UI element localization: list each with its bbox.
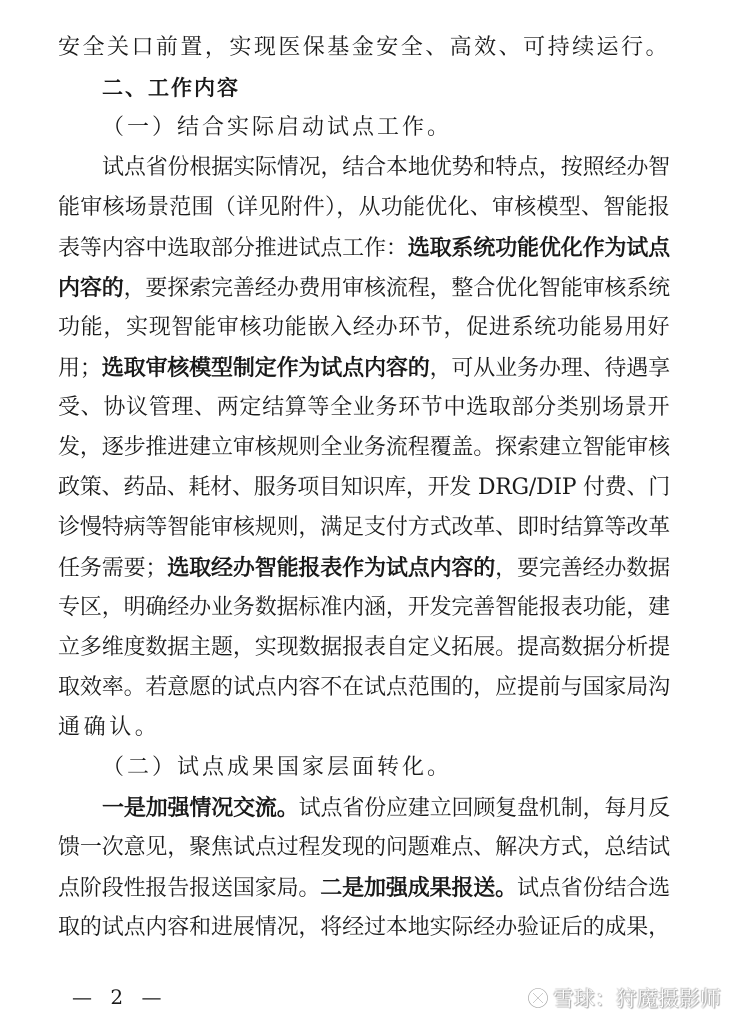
- text-segment: 受、协议管理、两定结算等全业务环节中选取部分类别场景开: [58, 395, 670, 420]
- text-segment: ，要探索完善经办费用审核流程，整合优化智能审核系统: [124, 276, 670, 301]
- text-line: 专区，明确经办业务数据标准内涵，开发完善智能报表功能，建: [58, 588, 670, 628]
- text-segment: 试点省份根据实际情况，结合本地优势和特点，按照经办智: [102, 155, 670, 180]
- text-segment: 表等内容中选取部分推进试点工作：: [58, 236, 408, 261]
- text-segment: 取的试点内容和进展情况，将经过本地实际经办验证后的成果，: [58, 915, 670, 940]
- text-segment: （二）试点成果国家层面转化。: [102, 755, 452, 780]
- text-line: 安全关口前置，实现医保基金安全、高效、可持续运行。: [58, 28, 670, 68]
- text-line: 诊慢特病等智能审核规则，满足支付方式改革、即时结算等改革: [58, 508, 670, 548]
- document-page: 安全关口前置，实现医保基金安全、高效、可持续运行。二、工作内容（一）结合实际启动…: [58, 28, 670, 948]
- text-line: 政策、药品、耗材、服务项目知识库，开发 DRG/DIP 付费、门: [58, 468, 670, 508]
- page-number: — 2 —: [72, 985, 167, 1009]
- watermark: 雪球：狩魔摄影师: [527, 983, 721, 1013]
- text-segment: ，要完善经办数据: [495, 556, 670, 581]
- text-line: 内容的，要探索完善经办费用审核流程，整合优化智能审核系统: [58, 268, 670, 308]
- text-segment: 用；: [58, 356, 102, 381]
- subsection-heading: （二）试点成果国家层面转化。: [58, 748, 670, 788]
- bold-text: 选取经办智能报表作为试点内容的: [167, 555, 495, 581]
- text-segment: 试点省份应建立回顾复盘机制，每月反: [299, 796, 670, 821]
- text-segment: 诊慢特病等智能审核规则，满足支付方式改革、即时结算等改革: [58, 515, 670, 540]
- text-segment: 政策、药品、耗材、服务项目知识库，开发 DRG/DIP 付费、门: [58, 475, 670, 500]
- text-line: 用；选取审核模型制定作为试点内容的，可从业务办理、待遇享: [58, 348, 670, 388]
- text-segment: 试点省份结合选: [517, 876, 670, 901]
- text-segment: 取效率。若意愿的试点内容不在试点范围的，应提前与国家局沟: [58, 675, 670, 700]
- text-segment: 馈一次意见，聚焦试点过程发现的问题难点、解决方式，总结试: [58, 835, 670, 860]
- text-line: 试点省份根据实际情况，结合本地优势和特点，按照经办智: [58, 148, 670, 188]
- text-line: 受、协议管理、两定结算等全业务环节中选取部分类别场景开: [58, 388, 670, 428]
- text-segment: 专区，明确经办业务数据标准内涵，开发完善智能报表功能，建: [58, 595, 670, 620]
- bold-text: 一是加强情况交流。: [102, 795, 299, 821]
- bold-text: 二、工作内容: [102, 76, 240, 100]
- text-line: 发，逐步推进建立审核规则全业务流程覆盖。探索建立智能审核: [58, 428, 670, 468]
- section-heading: 二、工作内容: [58, 68, 670, 108]
- text-line: 馈一次意见，聚焦试点过程发现的问题难点、解决方式，总结试: [58, 828, 670, 868]
- text-segment: （一）结合实际启动试点工作。: [102, 115, 452, 140]
- text-line: 点阶段性报告报送国家局。二是加强成果报送。试点省份结合选: [58, 868, 670, 908]
- text-segment: 安全关口前置，实现医保基金安全、高效、可持续运行。: [58, 35, 670, 60]
- watermark-text: 雪球：狩魔摄影师: [553, 983, 721, 1013]
- text-segment: 任务需要；: [58, 556, 167, 581]
- text-line: 一是加强情况交流。试点省份应建立回顾复盘机制，每月反: [58, 788, 670, 828]
- text-line: 表等内容中选取部分推进试点工作：选取系统功能优化作为试点: [58, 228, 670, 268]
- text-line: 能审核场景范围（详见附件），从功能优化、审核模型、智能报: [58, 188, 670, 228]
- bold-text: 选取审核模型制定作为试点内容的: [102, 355, 430, 381]
- text-segment: 功能，实现智能审核功能嵌入经办环节，促进系统功能易用好: [58, 315, 670, 340]
- text-segment: 发，逐步推进建立审核规则全业务流程覆盖。探索建立智能审核: [58, 435, 670, 460]
- bold-text: 选取系统功能优化作为试点: [408, 235, 670, 261]
- text-segment: ，可从业务办理、待遇享: [430, 356, 670, 381]
- text-line: 任务需要；选取经办智能报表作为试点内容的，要完善经办数据: [58, 548, 670, 588]
- text-line: 取效率。若意愿的试点内容不在试点范围的，应提前与国家局沟: [58, 668, 670, 708]
- xueqiu-logo-icon: [527, 987, 549, 1009]
- text-line: 通确认。: [58, 708, 670, 748]
- text-segment: 能审核场景范围（详见附件），从功能优化、审核模型、智能报: [58, 195, 670, 220]
- text-line: 立多维度数据主题，实现数据报表自定义拓展。提高数据分析提: [58, 628, 670, 668]
- text-line: 功能，实现智能审核功能嵌入经办环节，促进系统功能易用好: [58, 308, 670, 348]
- text-segment: 点阶段性报告报送国家局。: [58, 876, 320, 901]
- text-segment: 立多维度数据主题，实现数据报表自定义拓展。提高数据分析提: [58, 635, 670, 660]
- text-line: 取的试点内容和进展情况，将经过本地实际经办验证后的成果，: [58, 908, 670, 948]
- bold-text: 二是加强成果报送。: [320, 875, 517, 901]
- bold-text: 内容的: [58, 275, 124, 301]
- text-segment: 通确认。: [58, 715, 160, 740]
- subsection-heading: （一）结合实际启动试点工作。: [58, 108, 670, 148]
